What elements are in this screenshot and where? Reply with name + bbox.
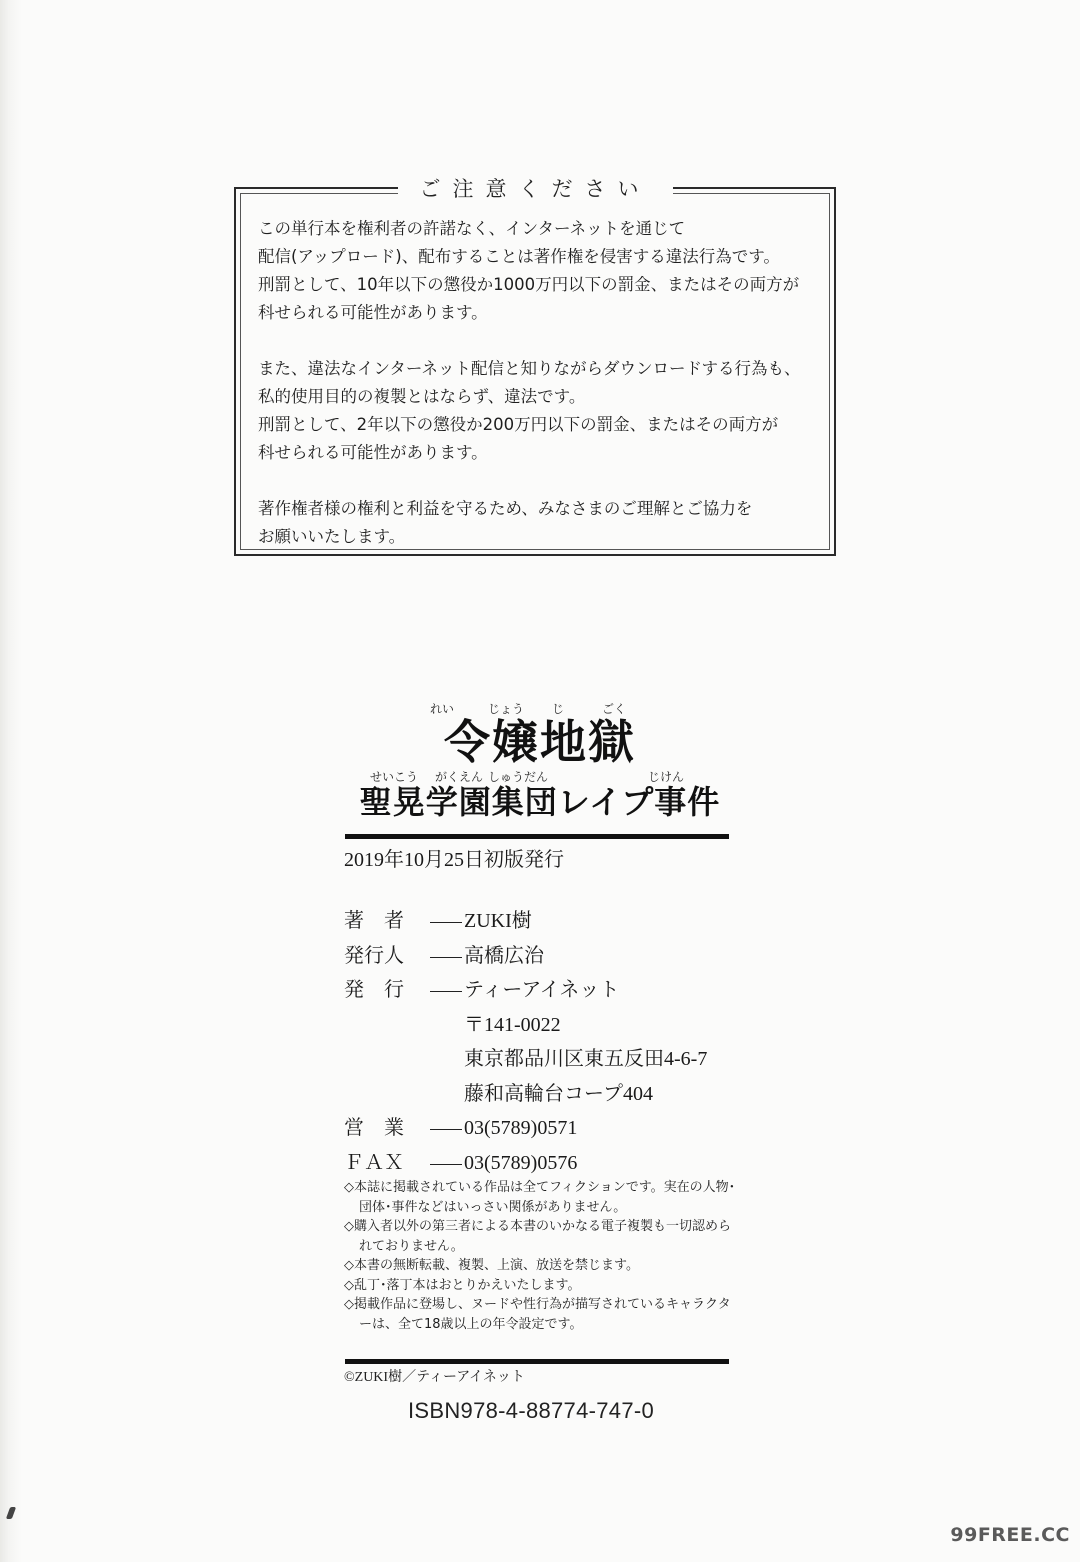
note-replacement: ◇乱丁･落丁本はおとりかえいたします。 [344, 1276, 736, 1296]
credit-label: 著 者 [344, 904, 430, 939]
dash-separator [430, 939, 464, 974]
notice-paragraph-upload: この単行本を権利者の許諾なく、インターネットを通じて 配信(アップロード)、配布… [258, 215, 822, 327]
credit-value: 03(5789)0571 [464, 1111, 577, 1146]
ruby: ごく [602, 700, 626, 717]
dash-separator [430, 973, 464, 1008]
credit-sales-phone: 営 業 03(5789)0571 [344, 1111, 707, 1146]
notice-line: また、違法なインターネット配信と知りながらダウンロードする行為も、 [258, 355, 822, 383]
notice-paragraph-request: 著作権者様の権利と利益を守るため、みなさまのご理解とご協力を お願いいたします。 [258, 495, 822, 551]
credit-value: 高橋広治 [464, 939, 544, 974]
credit-label: 発 行 [344, 973, 430, 1008]
divider-top [345, 834, 729, 839]
dash-separator [430, 1146, 464, 1181]
credit-publisher-person: 発行人 高橋広治 [344, 939, 707, 974]
notice-line: お願いいたします。 [258, 523, 822, 551]
subtitle-ruby: せいこう がくえん しゅうだん じけん [340, 768, 740, 784]
page-edge-shadow [0, 0, 22, 1562]
notice-line: 科せられる可能性があります。 [258, 299, 822, 327]
dash-separator [430, 1111, 464, 1146]
copyright-line: ©ZUKI樹／ティーアイネット [344, 1366, 525, 1386]
colophon-credits: 著 者 ZUKI樹 発行人 高橋広治 発 行 ティーアイネット 〒141-002… [344, 904, 707, 1180]
note-fiction: ◇本誌に掲載されている作品は全てフィクションです。実在の人物･団体･事件などはい… [344, 1178, 736, 1217]
divider-bottom [345, 1359, 729, 1364]
notice-line: 著作権者様の権利と利益を守るため、みなさまのご理解とご協力を [258, 495, 822, 523]
legal-notes: ◇本誌に掲載されている作品は全てフィクションです。実在の人物･団体･事件などはい… [344, 1178, 736, 1334]
credit-author: 著 者 ZUKI樹 [344, 904, 707, 939]
publication-date: 2019年10月25日初版発行 [344, 843, 564, 872]
ruby: じ [552, 700, 564, 717]
notice-line: この単行本を権利者の許諾なく、インターネットを通じて [258, 215, 822, 243]
notice-paragraph-download: また、違法なインターネット配信と知りながらダウンロードする行為も、 私的使用目的… [258, 355, 822, 467]
dash-separator [430, 904, 464, 939]
notice-line: 配信(アップロード)、配布することは著作権を侵害する違法行為です。 [258, 243, 822, 271]
note-no-reprint: ◇本書の無断転載、複製、上演、放送を禁じます。 [344, 1256, 736, 1276]
address-line: 〒141-0022 [464, 1008, 561, 1043]
credit-value: 03(5789)0576 [464, 1146, 577, 1181]
address-building: 藤和高輪台コープ404 [344, 1077, 707, 1112]
credit-value: ZUKI樹 [464, 904, 532, 939]
notice-body: この単行本を権利者の許諾なく、インターネットを通じて 配信(アップロード)、配布… [258, 215, 822, 579]
credit-label: 営 業 [344, 1111, 430, 1146]
address-street: 東京都品川区東五反田4-6-7 [344, 1042, 707, 1077]
ruby: しゅうだん [488, 768, 548, 785]
address-postal-code: 〒141-0022 [344, 1008, 707, 1043]
book-title-block: れい じょう じ ごく 令嬢地獄 せいこう がくえん しゅうだん じけん 聖晃学… [340, 700, 740, 820]
credit-fax: ＦＡＸ 03(5789)0576 [344, 1146, 707, 1181]
notice-line: 刑罰として、10年以下の懲役か1000万円以下の罰金、またはその両方が [258, 271, 822, 299]
watermark: 99FREE.CC [950, 1524, 1070, 1546]
ruby: せいこう [370, 768, 418, 785]
ruby: がくえん [435, 768, 483, 785]
main-title-ruby: れい じょう じ ごく [340, 700, 740, 716]
credit-publisher: 発 行 ティーアイネット [344, 973, 707, 1008]
address-line: 藤和高輪台コープ404 [464, 1077, 653, 1112]
credit-label: 発行人 [344, 939, 430, 974]
credit-value: ティーアイネット [464, 973, 619, 1008]
note-age: ◇掲載作品に登場し、ヌードや性行為が描写されているキャラクターは、全て18歳以上… [344, 1295, 736, 1334]
notice-line: 科せられる可能性があります。 [258, 439, 822, 467]
ruby: れい [430, 700, 454, 717]
copyright-notice-box: ご注意ください この単行本を権利者の許諾なく、インターネットを通じて 配信(アッ… [234, 187, 836, 556]
isbn: ISBN978-4-88774-747-0 [408, 1398, 654, 1424]
notice-line: 私的使用目的の複製とはならず、違法です。 [258, 383, 822, 411]
subtitle: 聖晃学園集団レイプ事件 [340, 784, 740, 820]
credit-label: ＦＡＸ [344, 1146, 430, 1181]
note-no-copies: ◇購入者以外の第三者による本書のいかなる電子複製も一切認められておりません。 [344, 1217, 736, 1256]
notice-line: 刑罰として、2年以下の懲役か200万円以下の罰金、またはその両方が [258, 411, 822, 439]
notice-title: ご注意ください [398, 173, 673, 203]
address-line: 東京都品川区東五反田4-6-7 [464, 1042, 707, 1077]
notice-header: ご注意ください [236, 173, 834, 203]
ruby: じょう [488, 700, 524, 717]
ruby: じけん [648, 768, 684, 785]
main-title: 令嬢地獄 [340, 716, 740, 768]
